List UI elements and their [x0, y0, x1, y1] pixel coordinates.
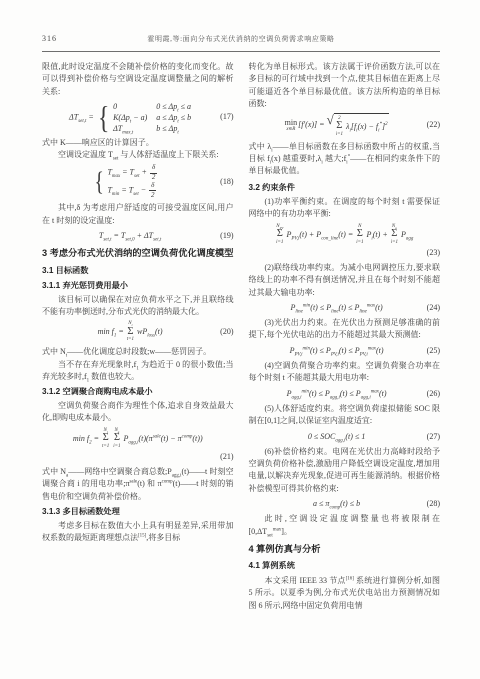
equation-number: (20): [220, 326, 233, 338]
equation-number: (24): [427, 302, 440, 314]
equation: 0 ≤ SOCagg,i(t) ≤ 1(27): [249, 431, 441, 443]
equation-body: min f1 = NtΣt=1 wPloss(t): [42, 321, 218, 343]
equation: {Tmax = Tset + δ2Tmin = Tset − δ2(18): [42, 164, 234, 199]
paragraph: (4)空调负荷聚合功率约束。空调负荷聚合功率在每个时刻 t 不能超其最大用电功率…: [249, 360, 441, 385]
equation: PPV,imin(t) ≤ PPV,i(t) ≤ PPV,imax(t)(25): [249, 345, 441, 357]
square-root: √2Σi=1 λi[fi(x) − fi*]2: [327, 113, 389, 138]
running-title: 霍明霞,等:面向分布式光伏消纳的空调负荷需求响应策略: [88, 34, 394, 44]
paragraph: 当不存在弃光现象时,f1 为趋近于 0 的很小数值;当弃光较多时,f1 数值也较…: [42, 359, 234, 384]
equation-number: (17): [220, 111, 233, 123]
equation: Pagg,imin(t) ≤ Pagg,i(t) ≤ Pagg,imax(t)(…: [249, 388, 441, 400]
summation: 2Σi=1: [336, 116, 343, 138]
paragraph: (1)功率平衡约束。在调度的每个时刻 t 需要保证网络中的有功功率平衡:: [249, 196, 441, 221]
summation: NaΣi=1: [391, 224, 398, 246]
paragraph: 此时,空调设定温度调整量也将被限制在[0,ΔTsetmax]。: [249, 513, 441, 538]
equation-body: Pagg,imin(t) ≤ Pagg,i(t) ≤ Pagg,imax(t): [249, 388, 425, 400]
equation-number: (23): [249, 247, 441, 259]
page-header: 316 霍明霞,等:面向分布式光伏消纳的空调负荷需求响应策略: [42, 34, 440, 47]
paragraph: 其中,δ 为考虑用户舒适度的可接受温度区间,用户在 t 时刻的设定温度:: [42, 202, 234, 227]
fraction: δ2: [150, 164, 157, 181]
min-operator: minx∈R: [285, 119, 297, 133]
paragraph: 空调设定温度 Tset 与人体舒适温度上下限关系:: [42, 149, 234, 161]
equation-body: PPV,imin(t) ≤ PPV,i(t) ≤ PPV,imax(t): [249, 345, 425, 357]
paragraph: 限值,此时设定温度不会随补偿价格的变化而变化。故可以得到补偿价格与空调设定温度调…: [42, 61, 234, 98]
paragraph: (6)补偿价格约束。电网在光伏出力高峰时段给予空调负荷价格补偿,激励用户降低空调…: [249, 446, 441, 495]
piecewise-brace: {00 ≤ Δpt ≤ aK(Δpt − a)a ≤ Δpt ≤ bΔTmax,…: [96, 101, 191, 134]
equation-number: (18): [220, 176, 233, 188]
section-heading: 3 考虑分布式光伏消纳的空调负荷优化调度模型: [42, 247, 234, 261]
summation: NΣi=1: [356, 224, 363, 246]
equation: min f2 = NtΣt=1 NaΣi=1 Pagg,i(t)(πsale(t…: [42, 428, 234, 463]
left-brace: {: [98, 104, 110, 131]
paragraph: 考虑多目标在数值大小上具有明显差异,采用带加权系数的最短距离理想点法[15],将…: [42, 520, 234, 545]
equation: a ≤ πcomp(t) ≤ b(28): [249, 498, 441, 510]
paragraph: 式中 Nt——优化调度总时段数;w——惩罚因子。: [42, 346, 234, 358]
paragraph: 式中 λi——单目标函数在多目标函数中所占的权重,当目标 fi(x) 越重要时,…: [249, 141, 441, 178]
summation: NPVΣi=1: [276, 224, 283, 246]
summation: NtΣt=1: [102, 428, 109, 450]
paper-page: 316 霍明霞,等:面向分布式光伏消纳的空调负荷需求响应策略 限值,此时设定温度…: [0, 0, 480, 679]
piecewise-brace: {Tmax = Tset + δ2Tmin = Tset − δ2: [93, 164, 167, 199]
equation-number: (28): [427, 498, 440, 510]
equation-number: (27): [427, 431, 440, 443]
right-column: 转化为单目标形式。该方法属于评价函数方法,可以在多目标的可行域中找到一个点,使其…: [249, 61, 441, 612]
section-heading: 3.1.3 多目标函数处理: [42, 506, 234, 518]
paragraph: 式中 K——响应区的计算因子。: [42, 137, 234, 149]
equation-body: Tset,t = Tset,0 + ΔTset,t: [42, 230, 218, 242]
section-heading: 4 算例仿真与分析: [249, 543, 441, 557]
paragraph: (3)光伏出力约束。在光伏出力预测足够准确的前提下,每个光伏电站的出力不能超过其…: [249, 317, 441, 342]
equation: minx∈R[f′(x)] = √2Σi=1 λi[fi(x) − fi*]2(…: [249, 113, 441, 138]
equation-body: NPVΣi=1 PPV,i(t) + Pcon_line(t) = NΣi=1 …: [275, 230, 413, 239]
equation-number: (21): [42, 451, 234, 463]
equation: min f1 = NtΣt=1 wPloss(t)(20): [42, 321, 234, 343]
paragraph: 该目标可以确保在对应负荷水平之下,并且联络线不能有功率倒送时,分布式光伏的消纳最…: [42, 294, 234, 319]
equation-body: min f2 = NtΣt=1 NaΣi=1 Pagg,i(t)(πsale(t…: [73, 434, 203, 443]
equation-body: Plinemin(t) ≤ Pline(t) ≤ Plinemax(t): [249, 302, 425, 314]
paragraph: (5)人体舒适度约束。将空调负荷虚拟储能 SOC 限制在[0,1]之间,以保证室…: [249, 403, 441, 428]
section-heading: 3.1.1 弃光惩罚费用最小: [42, 280, 234, 292]
equation-number: (25): [427, 345, 440, 357]
equation-number: (26): [427, 388, 440, 400]
equation-number: (19): [220, 230, 233, 242]
page-number: 316: [42, 34, 88, 43]
equation-body: ΔTset,t = {00 ≤ Δpt ≤ aK(Δpt − a)a ≤ Δpt…: [42, 101, 218, 134]
section-heading: 3.1.2 空调聚合商购电成本最小: [42, 386, 234, 398]
equation: Tset,t = Tset,0 + ΔTset,t(19): [42, 230, 234, 242]
equation: Plinemin(t) ≤ Pline(t) ≤ Plinemax(t)(24): [249, 302, 441, 314]
left-brace: {: [95, 171, 104, 193]
equation-body: minx∈R[f′(x)] = √2Σi=1 λi[fi(x) − fi*]2: [249, 113, 425, 138]
paragraph: 空调负荷聚合商作为理性个体,追求自身效益最大化,即购电成本最小。: [42, 400, 234, 425]
equation-body: 0 ≤ SOCagg,i(t) ≤ 1: [249, 431, 425, 443]
equation-number: (22): [427, 119, 440, 131]
paragraph: (2)联络线功率约束。为减小电网调控压力,要求联络线上的功率不得有倒送情况,并且…: [249, 262, 441, 299]
paragraph: 本文采用 IEEE 33 节点[16] 系统进行算例分析,如图 5 所示。以夏季…: [249, 575, 441, 612]
fraction: δ2: [149, 182, 156, 199]
paragraph: 转化为单目标形式。该方法属于评价函数方法,可以在多目标的可行域中找到一个点,使其…: [249, 61, 441, 110]
equation-body: {Tmax = Tset + δ2Tmin = Tset − δ2: [42, 164, 218, 199]
summation: NtΣt=1: [127, 321, 134, 343]
section-heading: 4.1 算例系统: [249, 560, 441, 572]
equation: ΔTset,t = {00 ≤ Δpt ≤ aK(Δpt − a)a ≤ Δpt…: [42, 101, 234, 134]
section-heading: 3.1 目标函数: [42, 265, 234, 277]
left-column: 限值,此时设定温度不会随补偿价格的变化而变化。故可以得到补偿价格与空调设定温度调…: [42, 61, 234, 612]
two-column-body: 限值,此时设定温度不会随补偿价格的变化而变化。故可以得到补偿价格与空调设定温度调…: [42, 61, 440, 612]
paragraph: 式中 Na——网络中空调聚合商总数;Pagg,i(t)——t 时刻空调聚合商 i…: [42, 466, 234, 503]
section-heading: 3.2 约束条件: [249, 182, 441, 194]
equation: NPVΣi=1 PPV,i(t) + Pcon_line(t) = NΣi=1 …: [249, 224, 441, 259]
header-rule: [42, 51, 440, 52]
summation: NaΣi=1: [113, 428, 120, 450]
equation-body: a ≤ πcomp(t) ≤ b: [249, 498, 425, 510]
